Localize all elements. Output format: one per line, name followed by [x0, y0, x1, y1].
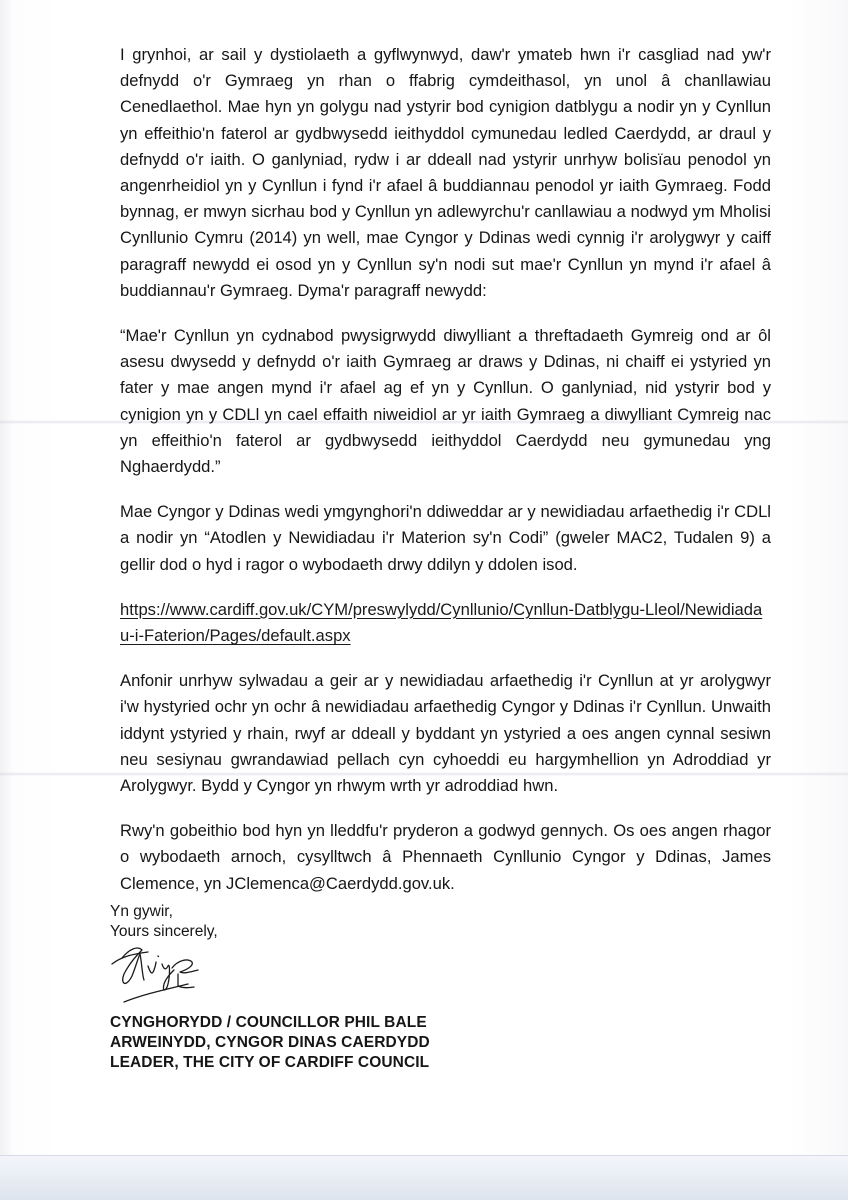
- signatory-block: CYNGHORYDD / COUNCILLOR PHIL BALE ARWEIN…: [110, 1013, 430, 1073]
- scanner-bottom-edge: [0, 1155, 848, 1200]
- signatory-title-english: LEADER, THE CITY OF CARDIFF COUNCIL: [110, 1053, 430, 1073]
- scanned-letter-page: I grynhoi, ar sail y dystiolaeth a gyflw…: [0, 0, 848, 1200]
- consultation-link[interactable]: https://www.cardiff.gov.uk/CYM/preswylyd…: [120, 597, 771, 649]
- closing-english: Yours sincerely,: [110, 922, 218, 942]
- closing-welsh: Yn gywir,: [110, 902, 218, 922]
- paragraph-representations: Anfonir unrhyw sylwadau a geir ar y newi…: [120, 668, 771, 799]
- paragraph-quoted-new-text: “Mae'r Cynllun yn cydnabod pwysigrwydd d…: [120, 323, 771, 480]
- paragraph-contact: Rwy'n gobeithio bod hyn yn lleddfu'r pry…: [120, 818, 771, 897]
- signatory-name: CYNGHORYDD / COUNCILLOR PHIL BALE: [110, 1013, 430, 1033]
- handwritten-signature-icon: [108, 940, 228, 1010]
- closing-salutation: Yn gywir, Yours sincerely,: [110, 902, 218, 942]
- signatory-title-welsh: ARWEINYDD, CYNGOR DINAS CAERDYDD: [110, 1033, 430, 1053]
- paragraph-summary: I grynhoi, ar sail y dystiolaeth a gyflw…: [120, 42, 771, 304]
- paragraph-consultation: Mae Cyngor y Ddinas wedi ymgynghori'n dd…: [120, 499, 771, 578]
- letter-body: I grynhoi, ar sail y dystiolaeth a gyflw…: [120, 42, 771, 916]
